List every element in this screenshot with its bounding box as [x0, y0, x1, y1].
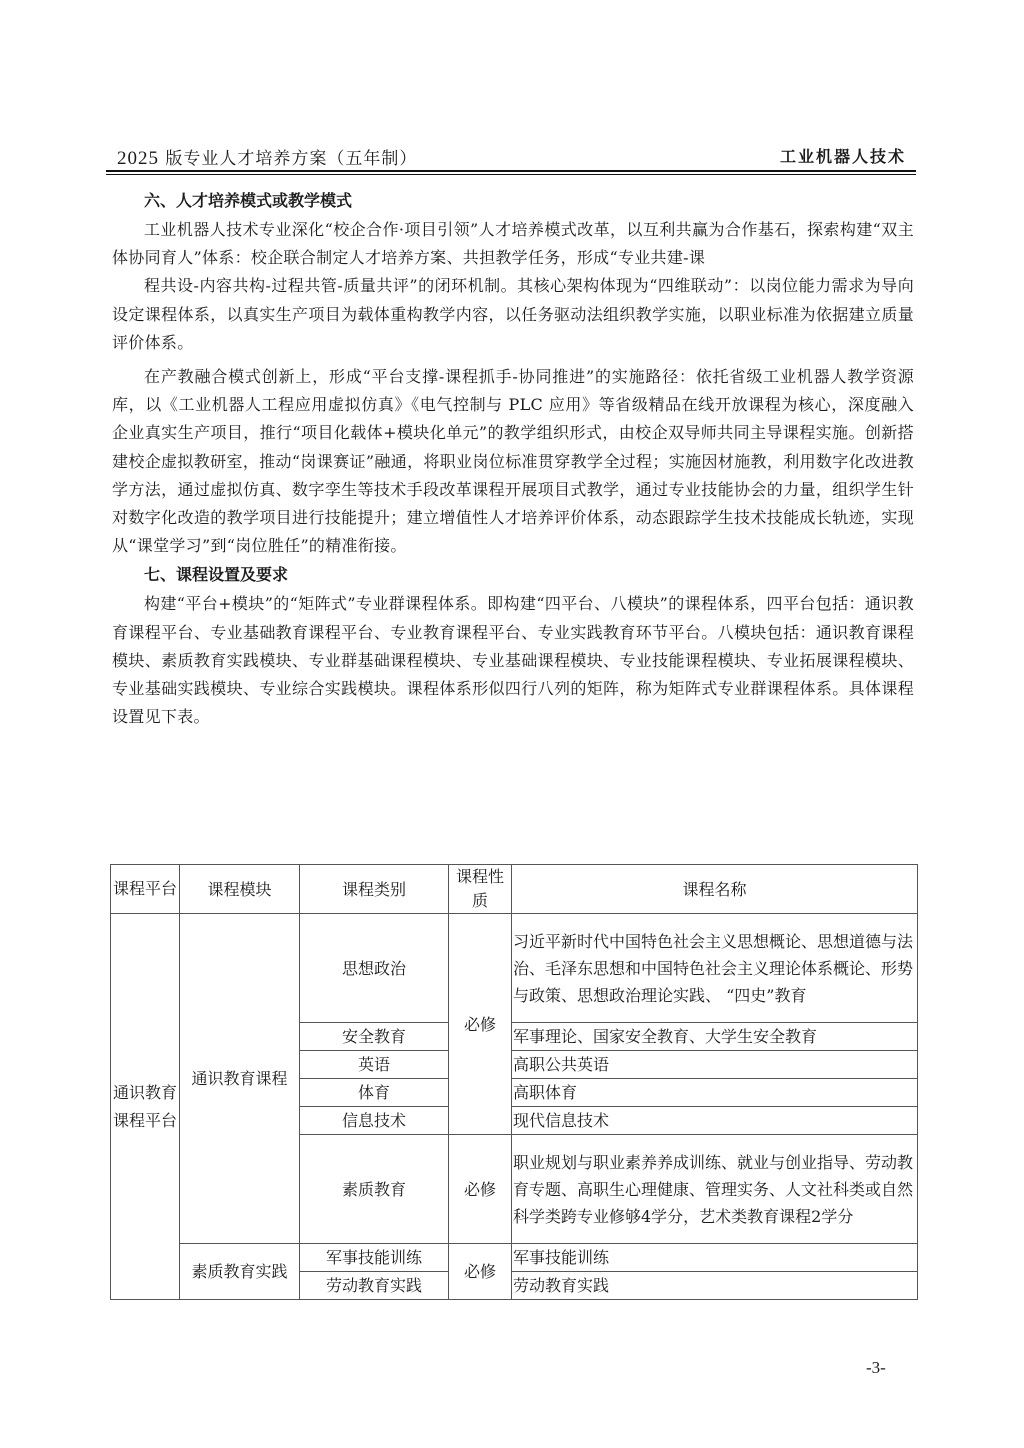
header-platform: 课程平台 [111, 865, 180, 914]
module-cell: 素质教育实践 [180, 1244, 300, 1300]
course-table: 课程平台 课程模块 课程类别 课程性质 课程名称 通识教育课程平台 通识教育课程… [110, 864, 918, 1300]
category-cell: 素质教育 [300, 1135, 449, 1244]
header-nature: 课程性质 [449, 865, 512, 914]
course-names-cell: 习近平新时代中国特色社会主义思想概论、思想道德与法治、毛泽东思想和中国特色社会主… [512, 914, 918, 1023]
section-7-heading: 七、课程设置及要求 [112, 560, 914, 590]
document-title-text: 版专业人才培养方案（五年制） [165, 149, 417, 169]
category-cell: 劳动教育实践 [300, 1272, 449, 1300]
nature-cell: 必修 [449, 1244, 512, 1300]
section-6-heading: 六、人才培养模式或教学模式 [112, 186, 914, 216]
header-rule-thick [106, 170, 916, 172]
header-category: 课程类别 [300, 865, 449, 914]
header-module: 课程模块 [180, 865, 300, 914]
major-name: 工业机器人技术 [780, 144, 906, 167]
module-cell: 通识教育课程 [180, 914, 300, 1244]
header-course-names: 课程名称 [512, 865, 918, 914]
section-7-paragraph-1: 构建“平台+模块”的“矩阵式”专业群课程体系。即构建“四平台、八模块”的课程体系… [112, 590, 914, 731]
section-6-paragraph-3: 在产教融合模式创新上，形成“平台支撑-课程抓手-协同推进”的实施路径：依托省级工… [112, 363, 914, 560]
course-names-cell: 高职体育 [512, 1079, 918, 1107]
section-6-paragraph-2: 程共设-内容共构-过程共管-质量共评”的闭环机制。其核心架构体现为“四维联动”：… [112, 272, 914, 357]
page-number: -3- [866, 1358, 886, 1378]
document-body: 六、人才培养模式或教学模式 工业机器人技术专业深化“校企合作·项目引领”人才培养… [112, 186, 914, 731]
section-6-paragraph-1: 工业机器人技术专业深化“校企合作·项目引领”人才培养模式改革，以互利共赢为合作基… [112, 216, 914, 272]
page-header: 2025 版专业人才培养方案（五年制） 工业机器人技术 [112, 142, 914, 168]
header-rule-thin [106, 174, 916, 175]
nature-cell: 必修 [449, 914, 512, 1135]
course-names-cell: 高职公共英语 [512, 1051, 918, 1079]
table-row: 通识教育课程平台 通识教育课程 思想政治 必修 习近平新时代中国特色社会主义思想… [111, 914, 918, 1023]
table-row: 素质教育实践 军事技能训练 必修 军事技能训练 [111, 1244, 918, 1272]
course-names-cell: 军事理论、国家安全教育、大学生安全教育 [512, 1023, 918, 1051]
category-cell: 思想政治 [300, 914, 449, 1023]
course-names-cell: 劳动教育实践 [512, 1272, 918, 1300]
nature-cell: 必修 [449, 1135, 512, 1244]
course-names-cell: 现代信息技术 [512, 1107, 918, 1135]
table-header-row: 课程平台 课程模块 课程类别 课程性质 课程名称 [111, 865, 918, 914]
category-cell: 信息技术 [300, 1107, 449, 1135]
category-cell: 安全教育 [300, 1023, 449, 1051]
category-cell: 军事技能训练 [300, 1244, 449, 1272]
document-year: 2025 [117, 148, 159, 169]
document-title: 2025 版专业人才培养方案（五年制） [117, 144, 417, 170]
platform-cell: 通识教育课程平台 [111, 914, 180, 1300]
category-cell: 英语 [300, 1051, 449, 1079]
course-names-cell: 军事技能训练 [512, 1244, 918, 1272]
category-cell: 体育 [300, 1079, 449, 1107]
course-names-cell: 职业规划与职业素养养成训练、就业与创业指导、劳动教育专题、高职生心理健康、管理实… [512, 1135, 918, 1244]
